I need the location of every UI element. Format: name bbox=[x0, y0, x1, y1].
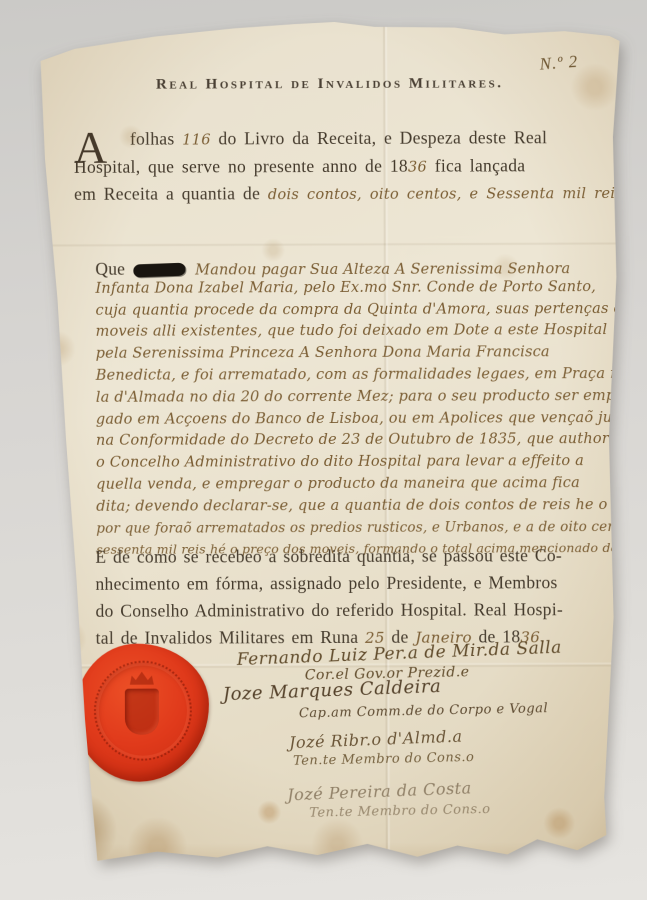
document-title: Real Hospital de Invalidos Militares. bbox=[35, 75, 625, 94]
royal-coat-of-arms-icon bbox=[125, 689, 159, 735]
body-line: o Concelho Administrativo do dito Hospit… bbox=[96, 453, 601, 477]
ink-redaction-blot bbox=[133, 263, 185, 278]
body-line: na Conformidade do Decreto de 23 de Outu… bbox=[96, 431, 601, 455]
printed-que-word: Que bbox=[95, 259, 125, 279]
dropcap-letter: A bbox=[74, 125, 108, 171]
body-line: quella venda, e empregar o producto da m… bbox=[96, 475, 601, 499]
body-line: QueMandou pagar Sua Alteza A Serenissima… bbox=[95, 257, 600, 281]
handwritten-dashes: — — — bbox=[631, 186, 647, 202]
opening-paragraph: A folhas 116 do Livro da Receita, e Desp… bbox=[74, 127, 560, 211]
body-line: Benedicta, e foi arrematado, com as form… bbox=[96, 366, 601, 390]
signature-title: Ten.te Membro do Cons.o bbox=[293, 750, 475, 769]
opening-line-2: Hospital, que serve no presente anno de … bbox=[74, 155, 560, 184]
body-line: pela Serenissima Princeza A Senhora Dona… bbox=[96, 344, 601, 368]
body-line: moveis alli existentes, que tudo foi dei… bbox=[96, 322, 601, 346]
body-line: cuja quantia procede da compra da Quinta… bbox=[95, 301, 600, 325]
signature-title: Cap.am Comm.de do Corpo e Vogal bbox=[299, 701, 548, 721]
printed-text: em Receita a quantia de bbox=[74, 183, 260, 204]
printed-text: folhas bbox=[130, 129, 175, 149]
body-line: por que foraõ arrematados os predios rus… bbox=[96, 519, 601, 543]
signature-title: Ten.te Membro do Cons.o bbox=[309, 802, 491, 821]
closing-line-1: E de como se recebeo a sobredita quantia… bbox=[95, 545, 565, 574]
handwritten-year-digits: 36 bbox=[408, 159, 427, 175]
handwritten-amount-words: dois contos, oito centos, e Sessenta mil… bbox=[268, 186, 623, 203]
printed-text: do Livro da Receita, e Despeza deste Rea… bbox=[218, 127, 547, 148]
signature-name: Jozé Ribr.o d'Almd.a bbox=[289, 727, 463, 753]
opening-line-1: folhas 116 do Livro da Receita, e Despez… bbox=[74, 127, 560, 156]
closing-line-3: do Conselho Administrativo do referido H… bbox=[96, 599, 566, 628]
body-line: la d'Almada no dia 20 do corrente Mez; p… bbox=[96, 388, 601, 412]
document-paper: N.º 2 Real Hospital de Invalidos Militar… bbox=[34, 17, 627, 887]
printed-text: Hospital, que serve no presente anno de … bbox=[74, 155, 408, 176]
printed-text: fica lançada bbox=[435, 155, 526, 175]
handwritten-body: QueMandou pagar Sua Alteza A Serenissima… bbox=[95, 257, 601, 564]
closing-paragraph: E de como se recebeo a sobredita quantia… bbox=[95, 545, 565, 655]
photo-background: N.º 2 Real Hospital de Invalidos Militar… bbox=[0, 0, 647, 900]
signature-name: Jozé Pereira da Costa bbox=[287, 778, 472, 804]
body-line: gado em Acçoens do Banco de Lisboa, ou e… bbox=[96, 410, 601, 434]
paper-sheet: N.º 2 Real Hospital de Invalidos Militar… bbox=[34, 17, 627, 887]
closing-line-2: nhecimento em fórma, assignado pelo Pres… bbox=[95, 572, 565, 601]
handwritten-folio-number: 116 bbox=[182, 132, 211, 148]
wax-seal bbox=[75, 643, 209, 781]
document-number-handwritten: N.º 2 bbox=[539, 52, 579, 75]
signature-name: Joze Marques Caldeira bbox=[223, 676, 442, 705]
handwritten-text: Mandou pagar Sua Alteza A Serenissima Se… bbox=[195, 261, 570, 278]
opening-line-3: em Receita a quantia de dois contos, oit… bbox=[74, 182, 560, 211]
body-line: Infanta Dona Izabel Maria, pelo Ex.mo Sn… bbox=[95, 279, 600, 303]
body-line: dita; devendo declarar-se, que a quantia… bbox=[96, 497, 601, 521]
